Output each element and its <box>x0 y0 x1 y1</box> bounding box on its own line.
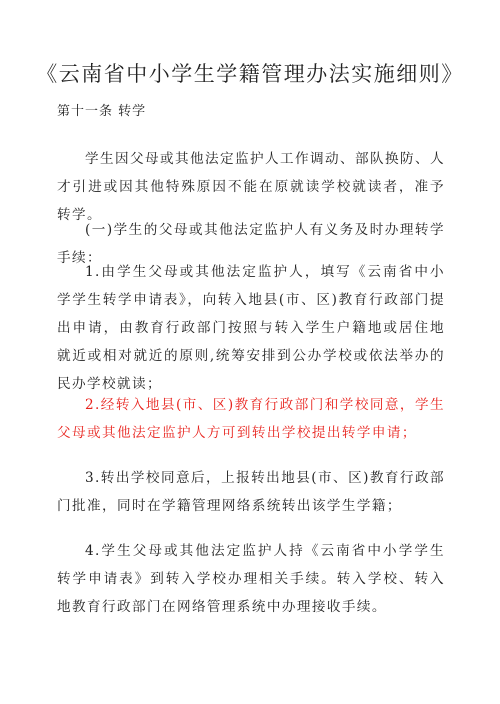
paragraph-text: 1.由学生父母或其他法定监护人，填写《云南省中小学学生转学申请表》，向转入地县(… <box>57 264 445 392</box>
paragraph-text: 学生因父母或其他法定监护人工作调动、部队换防、人才引进或因其他特殊原因不能在原就… <box>57 151 445 223</box>
paragraph-text: 2.经转入地县(市、区)教育行政部门和学校同意，学生父母或其他法定监护人方可到转… <box>57 397 445 441</box>
paragraph-item-3: 3.转出学校同意后，上报转出地县(市、区)教育行政部门批准，同时在学籍管理网络系… <box>57 464 445 520</box>
paragraph-text: 3.转出学校同意后，上报转出地县(市、区)教育行政部门批准，同时在学籍管理网络系… <box>57 470 445 514</box>
article-heading: 第十一条 转学 <box>57 100 146 119</box>
paragraph-item-4: 4.学生父母或其他法定监护人持《云南省中小学学生转学申请表》到转入学校办理相关手… <box>57 537 445 621</box>
document-title: 《云南省中小学生学籍管理办法实施细则》 <box>0 58 500 88</box>
paragraph-item-1: 1.由学生父母或其他法定监护人，填写《云南省中小学学生转学申请表》，向转入地县(… <box>57 258 445 398</box>
paragraph-text: 4.学生父母或其他法定监护人持《云南省中小学学生转学申请表》到转入学校办理相关手… <box>57 543 445 615</box>
paragraph-item-2-highlighted: 2.经转入地县(市、区)教育行政部门和学校同意，学生父母或其他法定监护人方可到转… <box>57 391 445 447</box>
document-page: 《云南省中小学生学籍管理办法实施细则》 第十一条 转学 学生因父母或其他法定监护… <box>0 0 500 704</box>
